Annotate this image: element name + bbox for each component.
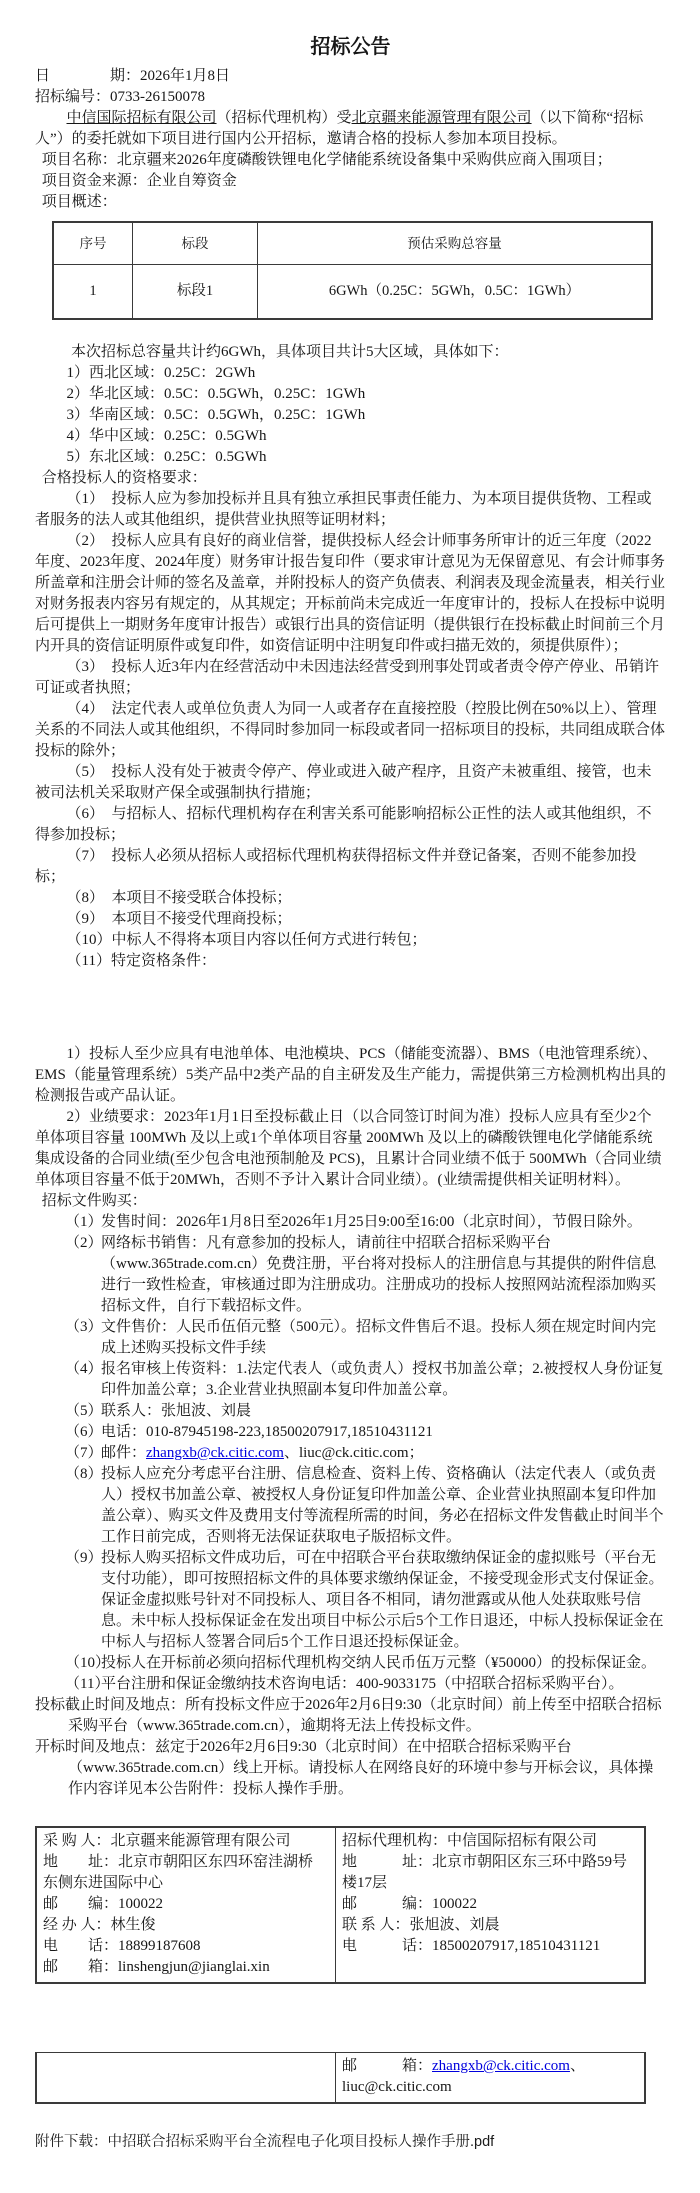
project-fund-line: 项目资金来源：企业自筹资金 (42, 171, 666, 192)
qualification-item: （11）特定资格条件： (35, 951, 666, 972)
special-qualification-item: 1）投标人至少应具有电池单体、电池模块、PCS（储能变流器）、BMS（电池管理系… (35, 1044, 666, 1107)
region-item: 3）华南区域：0.5C：0.5GWh，0.25C：1GWh (35, 405, 666, 426)
buyer-contact-cell: 采 购 人：北京疆来能源管理有限公司 地 址：北京市朝阳区东四环窑洼湖桥东侧东进… (37, 1828, 336, 1982)
buyer-row: 经 办 人：林生俊 (43, 1915, 327, 1936)
owner-company-name: 北京疆来能源管理有限公司 (352, 110, 532, 126)
qualification-item: （5） 投标人没有处于被责令停产、停业或进入破产程序，且资产未被重组、接管，也未… (35, 762, 666, 804)
agent-company-name: 中信国际招标有限公司 (67, 110, 217, 126)
agent-postcode: 100022 (432, 1896, 477, 1912)
purchase-item-email: （7）邮件：zhangxb@ck.citic.com、liuc@ck.citic… (35, 1443, 666, 1464)
agent-row: 电 话：18500207917,18510431121 (342, 1936, 636, 1957)
email-link-zhangxb[interactable]: zhangxb@ck.citic.com (146, 1445, 284, 1461)
buyer-postcode: 100022 (118, 1896, 163, 1912)
tender-number-line: 招标编号：0733-26150078 (35, 87, 666, 108)
purchase-item: （9）投标人购买招标文件成功后，可在中招联合平台获取缴纳保证金的虚拟账号（平台无… (35, 1548, 666, 1653)
qualification-item: （8） 本项目不接受联合体投标； (35, 888, 666, 909)
agent-contact-cell: 招标代理机构：中信国际招标有限公司 地 址：北京市朝阳区东三环中路59号楼17层… (336, 1828, 644, 1982)
agent-email-row: 邮 箱：zhangxb@ck.citic.com、liuc@ck.citic.c… (342, 2056, 636, 2098)
bid-opening-paragraph: 开标时间及地点：兹定于2026年2月6日9:30（北京时间）在中招联合招标采购平… (35, 1737, 666, 1800)
overview-table-row: 1 标段1 6GWh（0.25C：5GWh，0.5C：1GWh） (53, 265, 652, 320)
agent-phone: 18500207917,18510431121 (432, 1938, 600, 1954)
purchase-item-deposit: （10）投标人在开标前必须向招标代理机构交纳人民币伍万元整（¥50000）的投标… (35, 1653, 666, 1674)
agent-name: 中信国际招标有限公司 (447, 1833, 597, 1849)
purchase-item: （2）网络标书销售：凡有意参加的投标人，请前往中招联合招标采购平台（www.36… (35, 1233, 666, 1317)
purchase-item: （8）投标人应充分考虑平台注册、信息检查、资料上传、资格确认（法定代表人（或负责… (35, 1464, 666, 1548)
cell-serial: 1 (53, 265, 133, 320)
page-title: 招标公告 (35, 34, 666, 60)
buyer-row: 采 购 人：北京疆来能源管理有限公司 (43, 1831, 327, 1852)
qualification-item: （4） 法定代表人或单位负责人为同一人或者存在直接控股（控股比例在50%以上）、… (35, 699, 666, 762)
attachment-line: 附件下载：中招联合招标采购平台全流程电子化项目投标人操作手册.pdf (35, 2132, 666, 2153)
purchase-heading: 招标文件购买： (42, 1191, 666, 1212)
purchase-item: （1）发售时间：2026年1月8日至2026年1月25日9:00至16:00（北… (35, 1212, 666, 1233)
region-item: 1）西北区域：0.25C：2GWh (35, 363, 666, 384)
contacts-table: 采 购 人：北京疆来能源管理有限公司 地 址：北京市朝阳区东四环窑洼湖桥东侧东进… (35, 1826, 646, 1984)
qualification-heading: 合格投标人的资格要求： (42, 468, 666, 489)
buyer-phone: 18899187608 (118, 1938, 201, 1954)
agent-row: 招标代理机构：中信国际招标有限公司 (342, 1831, 636, 1852)
buyer-email: linshengjun@jianglai.xin (118, 1959, 270, 1975)
tender-number-label: 招标编号： (35, 89, 110, 105)
agent-row: 地 址：北京市朝阳区东三环中路59号楼17层 (342, 1852, 636, 1894)
attachment-label: 附件下载： (35, 2134, 108, 2150)
col-header-lot: 标段 (133, 222, 258, 265)
buyer-row: 邮 箱：linshengjun@jianglai.xin (43, 1957, 327, 1978)
email-text-liuc: liuc@ck.citic.com (299, 1445, 409, 1461)
tender-announcement-document: 招标公告 日 期：2026年1月8日 招标编号：0733-26150078 中信… (0, 0, 700, 2193)
buyer-handler: 林生俊 (111, 1917, 156, 1933)
qualification-item: （10）中标人不得将本项目内容以任何方式进行转包； (35, 930, 666, 951)
buyer-row: 地 址：北京市朝阳区东四环窑洼湖桥东侧东进国际中心 (43, 1852, 327, 1894)
region-item: 4）华中区域：0.25C：0.5GWh (35, 426, 666, 447)
qualification-item: （7） 投标人必须从招标人或招标代理机构获得招标文件并登记备案，否则不能参加投标… (35, 846, 666, 888)
purchase-item: （3）文件售价：人民币伍佰元整（500元）。招标文件售后不退。投标人须在规定时间… (35, 1317, 666, 1359)
email-link-zhangxb[interactable]: zhangxb@ck.citic.com (432, 2058, 570, 2074)
agent-email-cell: 邮 箱：zhangxb@ck.citic.com、liuc@ck.citic.c… (336, 2053, 644, 2102)
purchase-item-hotline: （11）平台注册和保证金缴纳技术咨询电话：400-9033175（中招联合招标采… (35, 1674, 666, 1695)
buyer-row: 电 话：18899187608 (43, 1936, 327, 1957)
cell-capacity: 6GWh（0.25C：5GWh，0.5C：1GWh） (258, 265, 653, 320)
overview-table-header-row: 序号 标段 预估采购总容量 (53, 222, 652, 265)
region-item: 2）华北区域：0.5C：0.5GWh，0.25C：1GWh (35, 384, 666, 405)
agent-contacts: 张旭波、刘晨 (410, 1917, 500, 1933)
project-name-value: 北京疆来2026年度磷酸铁锂电化学储能系统设备集中采购供应商入围项目； (117, 152, 612, 168)
qualification-item: （3） 投标人近3年内在经营活动中未因违法经营受到刑事处罚或者责令停产停业、吊销… (35, 657, 666, 699)
qualification-item: （1） 投标人应为参加投标并且具有独立承担民事责任能力、为本项目提供货物、工程或… (35, 489, 666, 531)
buyer-name: 北京疆来能源管理有限公司 (111, 1833, 291, 1849)
overview-table: 序号 标段 预估采购总容量 1 标段1 6GWh（0.25C：5GWh，0.5C… (52, 221, 653, 320)
project-fund-value: 企业自筹资金 (147, 173, 237, 189)
email-text-liuc: liuc@ck.citic.com (342, 2079, 452, 2095)
region-item: 5）东北区域：0.25C：0.5GWh (35, 447, 666, 468)
bid-deadline-paragraph: 投标截止时间及地点：所有投标文件应于2026年2月6日9:30（北京时间）前上传… (35, 1695, 666, 1737)
buyer-row: 邮 编：100022 (43, 1894, 327, 1915)
contacts-table-continued: 邮 箱：zhangxb@ck.citic.com、liuc@ck.citic.c… (35, 2052, 646, 2104)
capacity-summary: 本次招标总容量共计约6GWh，具体项目共计5大区域，具体如下： (35, 342, 666, 363)
special-qualification-item: 2）业绩要求：2023年1月1日至投标截止日（以合同签订时间为准）投标人应具有至… (35, 1107, 666, 1191)
qualification-item: （2） 投标人应具有良好的商业信誉，提供投标人经会计师事务所审计的近三年度（20… (35, 531, 666, 657)
agent-row: 邮 编：100022 (342, 1894, 636, 1915)
purchase-item-contacts: （5）联系人：张旭波、刘晨 (35, 1401, 666, 1422)
qualification-item: （9） 本项目不接受代理商投标； (35, 909, 666, 930)
project-name-line: 项目名称：北京疆来2026年度磷酸铁锂电化学储能系统设备集中采购供应商入围项目； (42, 150, 666, 171)
date-label: 日 期： (35, 68, 140, 84)
col-header-capacity: 预估采购总容量 (258, 222, 653, 265)
col-header-serial: 序号 (53, 222, 133, 265)
attachment-pdf-link[interactable]: 中招联合招标采购平台全流程电子化项目投标人操作手册.pdf (108, 2134, 495, 2150)
project-overview-label: 项目概述： (42, 192, 666, 213)
date-line: 日 期：2026年1月8日 (35, 66, 666, 87)
agent-row: 联 系 人：张旭波、刘晨 (342, 1915, 636, 1936)
purchase-item: （4）报名审核上传资料：1.法定代表人（或负责人）授权书加盖公章；2.被授权人身… (35, 1359, 666, 1401)
intro-paragraph: 中信国际招标有限公司（招标代理机构）受北京疆来能源管理有限公司（以下简称“招标人… (35, 108, 666, 150)
empty-cell (37, 2053, 336, 2102)
page-break-gap (35, 972, 666, 1044)
qualification-item: （6） 与招标人、招标代理机构存在利害关系可能影响招标公正性的法人或其他组织，不… (35, 804, 666, 846)
date-value: 2026年1月8日 (140, 68, 230, 84)
purchase-item-phone: （6）电话：010-87945198-223,18500207917,18510… (35, 1422, 666, 1443)
cell-lot: 标段1 (133, 265, 258, 320)
tender-number-value: 0733-26150078 (110, 89, 205, 105)
